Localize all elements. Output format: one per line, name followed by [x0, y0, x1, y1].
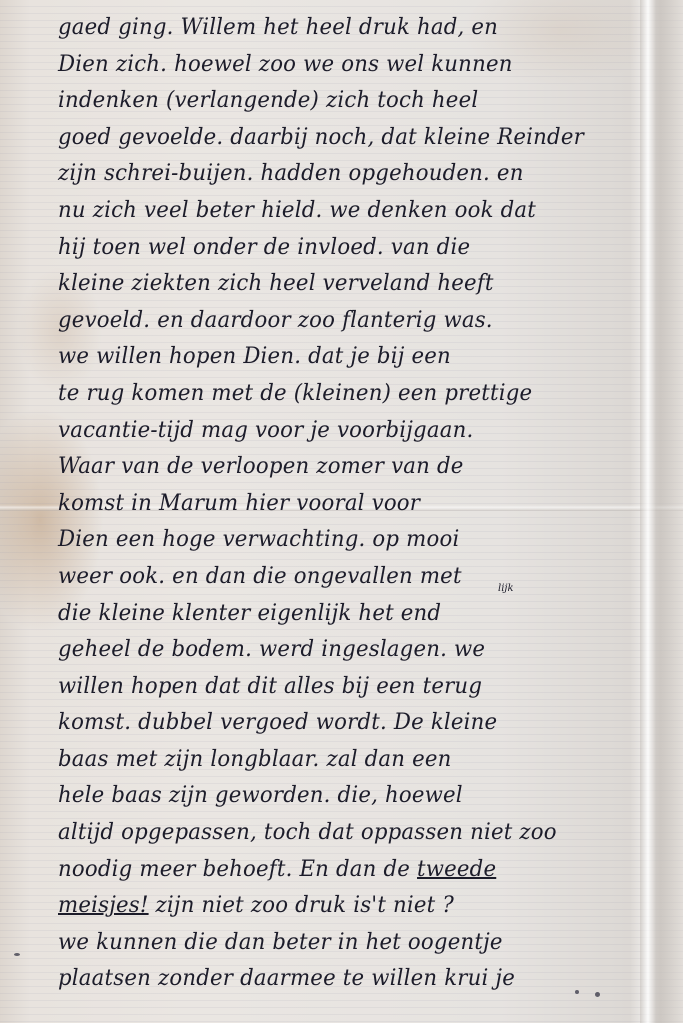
text-line-23: altijd opgepassen, toch dat oppassen nie… — [58, 815, 618, 852]
text-line-9: gevoeld. en daardoor zoo flanterig was. — [58, 303, 618, 340]
text-line-10: we willen hopen Dien. dat je bij een — [58, 339, 618, 376]
ink-spot — [595, 992, 600, 997]
text-line-15: Dien een hoge verwachting. op mooi — [58, 522, 618, 559]
text-line-26: we kunnen die dan beter in het oogentje — [58, 925, 618, 962]
text-line-6: nu zich veel beter hield. we denken ook … — [58, 193, 618, 230]
text-line-18: geheel de bodem. werd ingeslagen. we — [58, 632, 618, 669]
paper-edge-shadow — [640, 0, 683, 1023]
text-line-1: gaed ging. Willem het heel druk had, en — [58, 10, 618, 47]
text-line-21: baas met zijn longblaar. zal dan een — [58, 742, 618, 779]
handwritten-text-block: gaed ging. Willem het heel druk had, en … — [58, 10, 638, 998]
text-line-14: komst in Marum hier vooral voor — [58, 486, 618, 523]
text-line-5: zijn schrei-buijen. hadden opgehouden. e… — [58, 156, 618, 193]
text-line-13: Waar van de verloopen zomer van de — [58, 449, 618, 486]
text-line-4: goed gevoelde. daarbij noch, dat kleine … — [58, 120, 618, 157]
text-line-27: plaatsen zonder daarmee te willen krui j… — [58, 961, 618, 998]
text-line-16: weer ook. en dan die ongevallen met — [58, 559, 618, 596]
text-line-25: meisjes! zijn niet zoo druk is't niet ? — [58, 888, 618, 925]
ink-spot — [575, 990, 579, 994]
text-line-22: hele baas zijn geworden. die, hoewel — [58, 778, 618, 815]
underlined-word: tweede — [417, 857, 496, 882]
ink-spot — [14, 953, 20, 956]
interlinear-insert: lijk — [498, 583, 514, 594]
text-line-19: willen hopen dat dit alles bij een terug — [58, 669, 618, 706]
text-line-20: komst. dubbel vergoed wordt. De kleine — [58, 705, 618, 742]
underlined-word: meisjes! — [58, 893, 149, 918]
text-line-3: indenken (verlangende) zich toch heel — [58, 83, 618, 120]
text-line-2: Dien zich. hoewel zoo we ons wel kunnen — [58, 47, 618, 84]
text-line-8: kleine ziekten zich heel verveland heeft — [58, 266, 618, 303]
text-line-17: die kleine klenter eigenlijk het end — [58, 596, 618, 633]
text-line-7: hij toen wel onder de invloed. van die — [58, 230, 618, 267]
text-line-11: te rug komen met de (kleinen) een pretti… — [58, 376, 618, 413]
text-line-24: noodig meer behoeft. En dan de tweede — [58, 852, 618, 889]
text-line-12: vacantie-tijd mag voor je voorbijgaan. — [58, 413, 618, 450]
letter-page: gaed ging. Willem het heel druk had, en … — [0, 0, 683, 1023]
